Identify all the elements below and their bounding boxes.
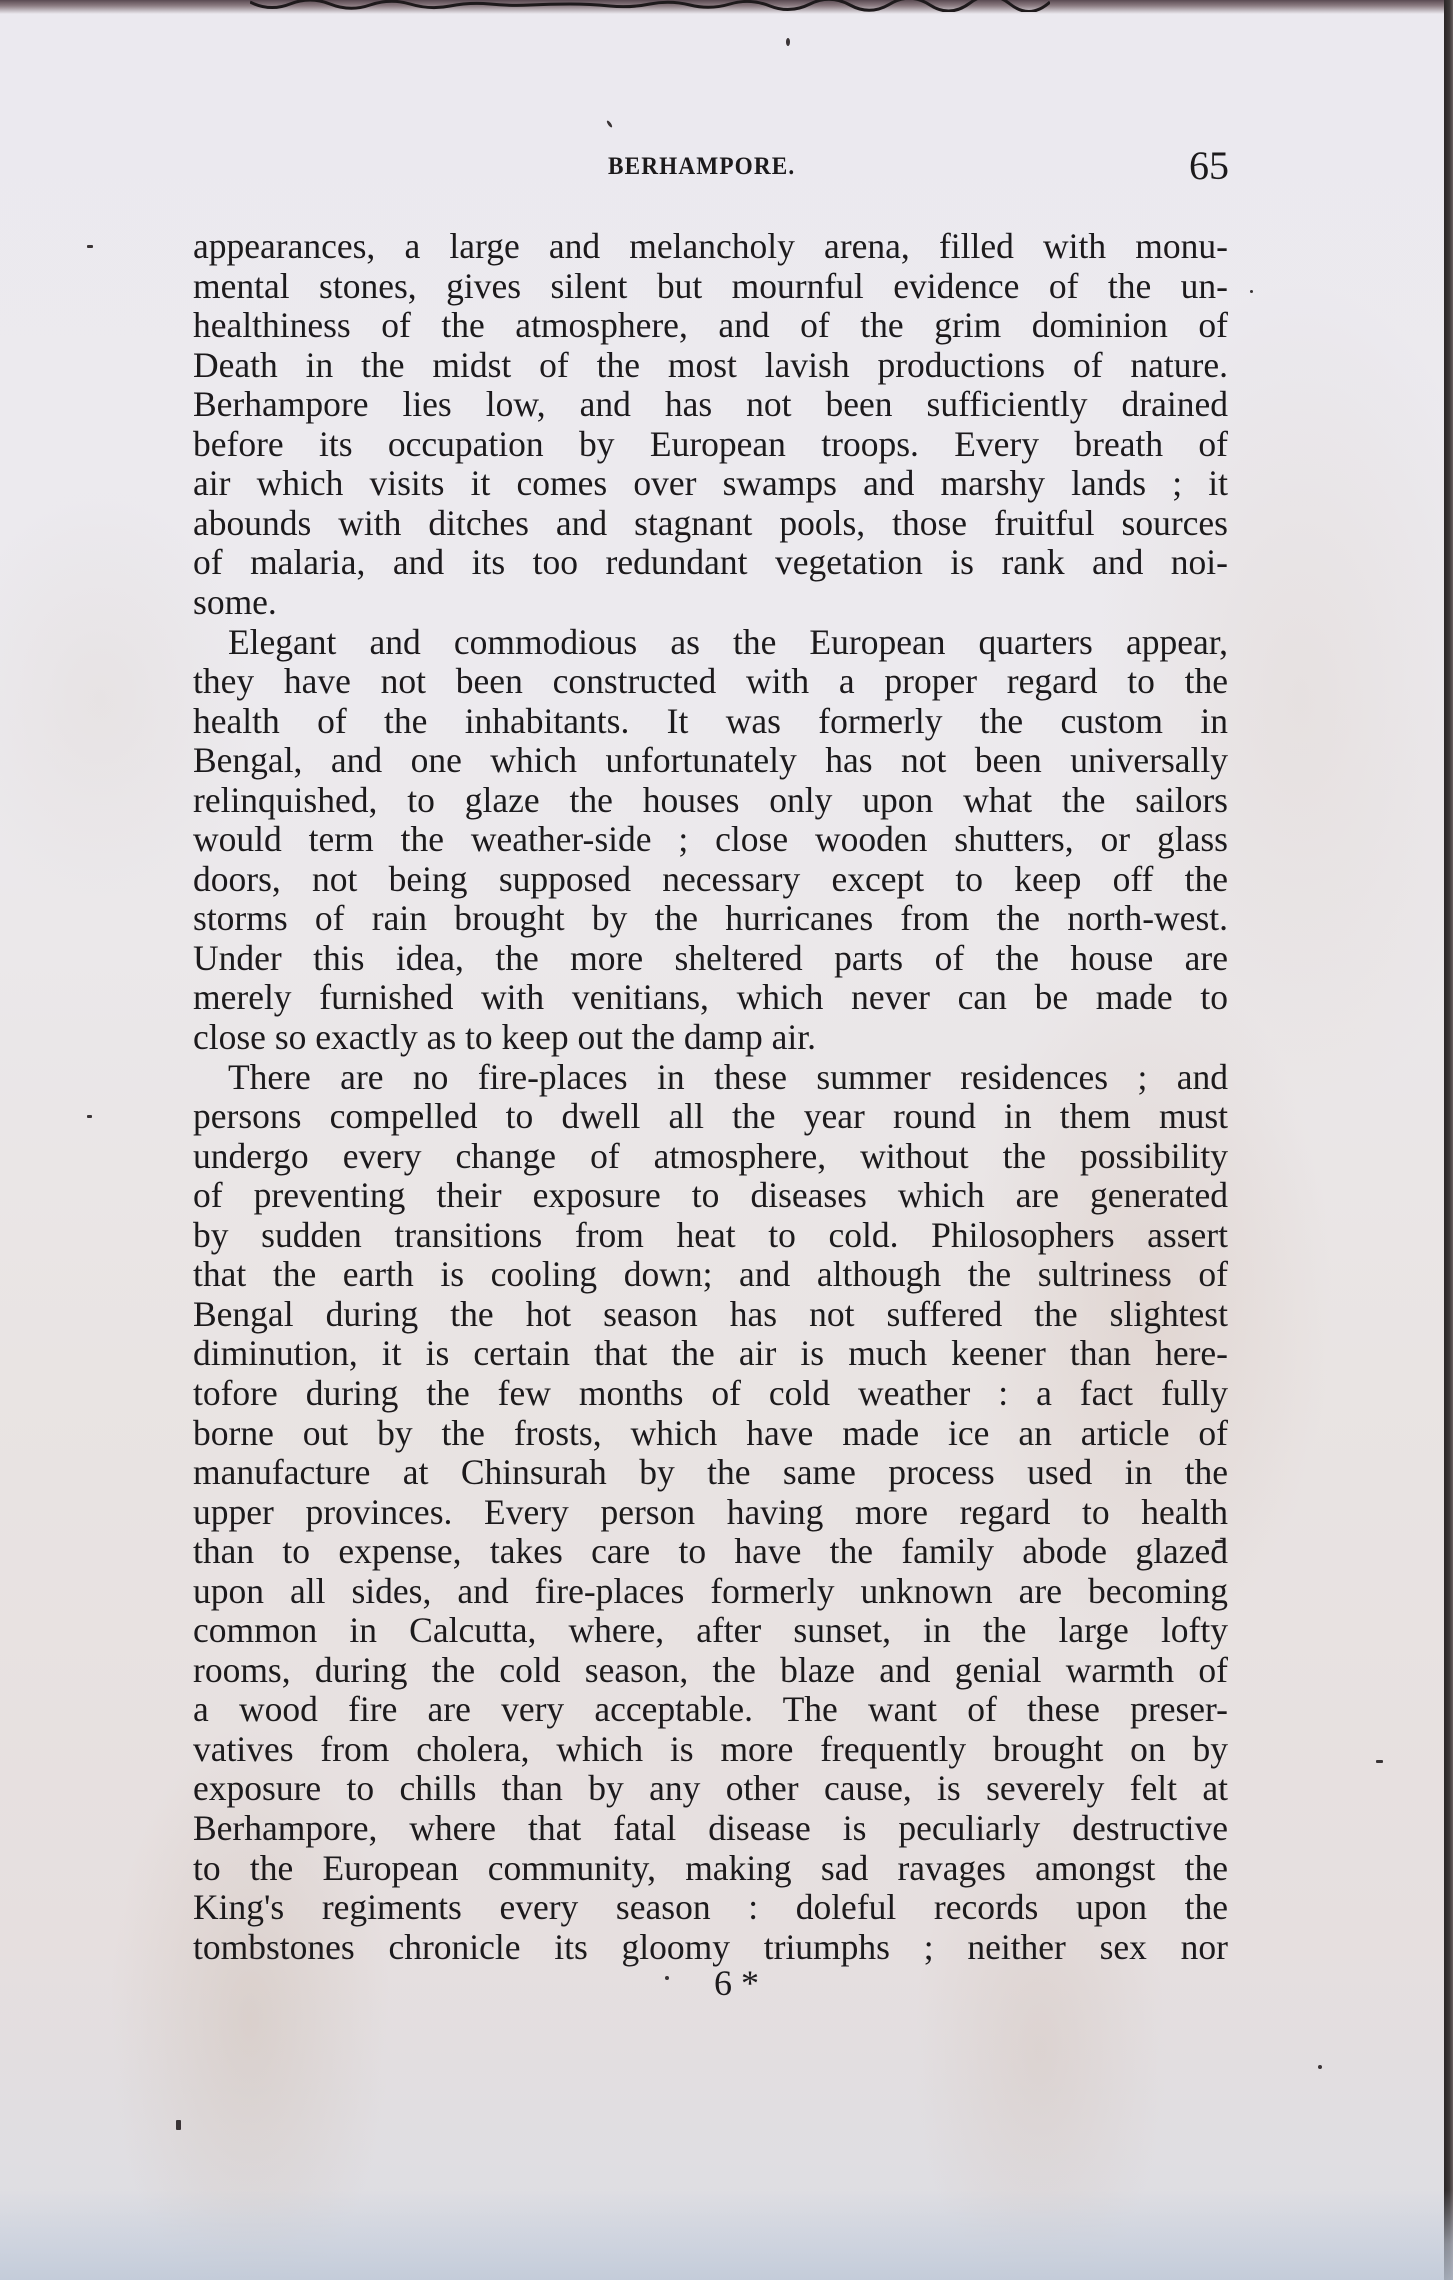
text-line: appearances, a large and melancholy aren… [193,226,1228,266]
speck-mark [1318,2065,1322,2069]
text-line: mental stones, gives silent but mournful… [193,266,1228,306]
text-line: to the European community, making sad ra… [193,1848,1228,1888]
text-line: Bengal, and one which unfortunately has … [193,740,1228,780]
text-line: of preventing their exposure to diseases… [193,1175,1228,1215]
text-line: persons compelled to dwell all the year … [193,1096,1228,1136]
page-right-edge [1444,0,1453,2280]
text-line: of malaria, and its too redundant vegeta… [193,542,1228,582]
text-line: a wood fire are very acceptable. The wan… [193,1689,1228,1729]
signature-mark: 6 * [714,1963,759,2003]
text-line: vatives from cholera, which is more freq… [193,1729,1228,1769]
text-line: that the earth is cooling down; and alth… [193,1254,1228,1294]
text-line: Elegant and commodious as the European q… [228,622,1228,662]
speck-mark [176,2120,181,2130]
text-line: they have not been constructed with a pr… [193,661,1228,701]
text-line: storms of rain brought by the hurricanes… [193,898,1228,938]
speck-mark [665,1976,669,1980]
text-line: King's regiments every season : doleful … [193,1887,1228,1927]
text-line: Under this idea, the more sheltered part… [193,938,1228,978]
speck-mark [1250,290,1253,293]
text-line: upper provinces. Every person having mor… [193,1492,1228,1532]
text-line: abounds with ditches and stagnant pools,… [193,503,1228,543]
text-line: relinquished, to glaze the houses only u… [193,780,1228,820]
text-line: doors, not being supposed necessary exce… [193,859,1228,899]
text-line: before its occupation by European troops… [193,424,1228,464]
text-line: rooms, during the cold season, the blaze… [193,1650,1228,1690]
speck-mark [786,38,790,46]
text-line: Berhampore, where that fatal disease is … [193,1808,1228,1848]
page-number: 65 [1189,144,1229,188]
text-line: by sudden transitions from heat to cold.… [193,1215,1228,1255]
text-line: healthiness of the atmosphere, and of th… [193,305,1228,345]
text-line: tombstones chronicle its gloomy triumphs… [193,1927,1228,1967]
text-line: Death in the midst of the most lavish pr… [193,345,1228,385]
text-line: some. [193,582,1228,622]
text-line: merely furnished with venitians, which n… [193,977,1228,1017]
text-line: exposure to chills than by any other cau… [193,1768,1228,1808]
text-line: common in Calcutta, where, after sunset,… [193,1610,1228,1650]
text-line: than to expense, takes care to have the … [193,1531,1228,1571]
text-line: Berhampore lies low, and has not been su… [193,384,1228,424]
text-line: upon all sides, and fire-places formerly… [193,1571,1228,1611]
text-line: manufacture at Chinsurah by the same pro… [193,1452,1228,1492]
text-line: borne out by the frosts, which have made… [193,1413,1228,1453]
text-line: would term the weather-side ; close wood… [193,819,1228,859]
text-line: air which visits it comes over swamps an… [193,463,1228,503]
text-line: tofore during the few months of cold wea… [193,1373,1228,1413]
running-head: BERHAMPORE. [608,152,816,182]
text-line: close so exactly as to keep out the damp… [193,1017,1228,1057]
text-line: health of the inhabitants. It was former… [193,701,1228,741]
speck-mark [1376,1760,1383,1763]
speck-mark [87,1115,92,1118]
page-bottom-shadow [0,2190,1453,2280]
text-line: undergo every change of atmosphere, with… [193,1136,1228,1176]
torn-top-edge-decoration [250,0,1050,12]
text-line: Bengal during the hot season has not suf… [193,1294,1228,1334]
text-line: There are no fire-places in these summer… [228,1057,1228,1097]
text-line: diminution, it is certain that the air i… [193,1333,1228,1373]
speck-mark [87,245,93,248]
